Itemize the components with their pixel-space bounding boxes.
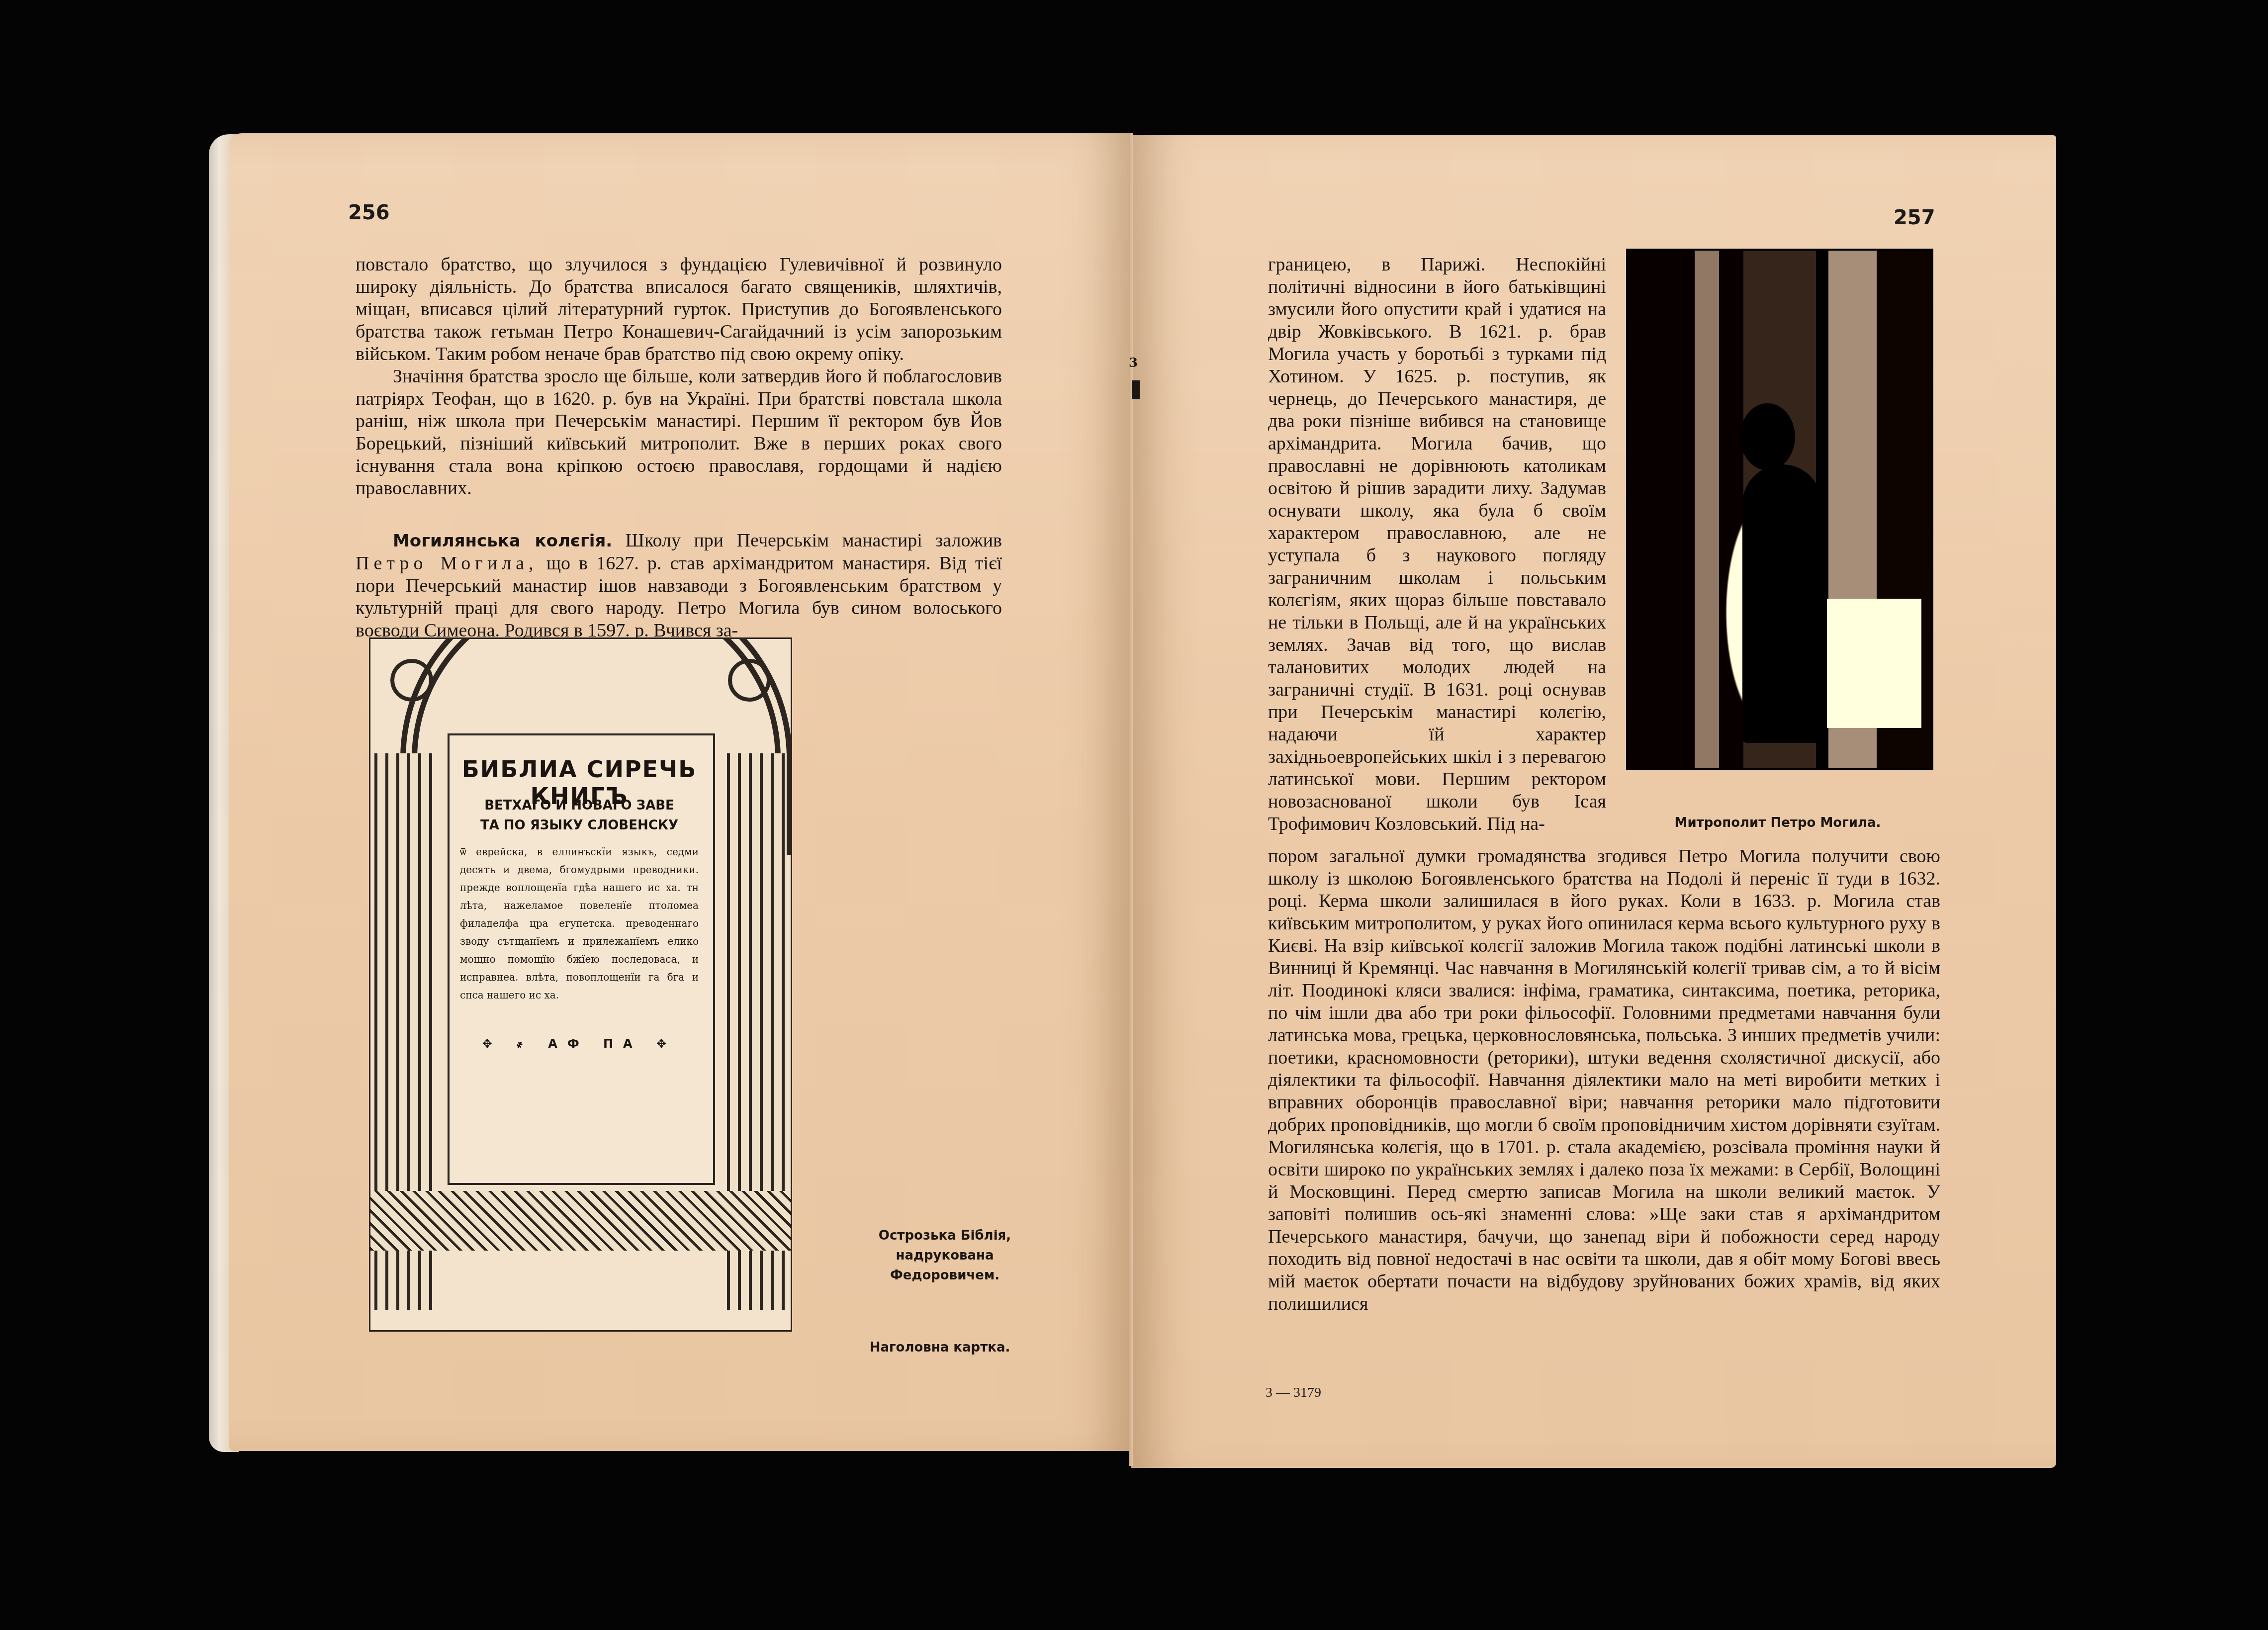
paragraph: Значіння братства зросло ще більше, коли… <box>356 365 1002 500</box>
paragraph: повстало братство, що злучилося з фундац… <box>356 254 1002 365</box>
section-text-before: Школу при Печерськім манастирі заложив <box>626 530 1002 551</box>
open-book: 256 257 повстало братство, що злучилося … <box>0 0 2268 1630</box>
caption-line: Острозька Біблія, <box>865 1226 1024 1246</box>
portrait-metropolitan-petro-mohyla <box>1626 249 1933 770</box>
portrait-table <box>1827 599 1921 728</box>
ostroh-bible-title-page-illustration: БИБЛИА СИРЕЧЬ КНИГЪ ВЕТХАГО И НОВАГО ЗАВ… <box>369 637 792 1332</box>
signature-mark: 3 <box>1129 356 1138 370</box>
subtitle-line: ВЕТХАГО И НОВАГО ЗАВЕ <box>457 796 701 815</box>
roundel-ornament <box>728 659 771 702</box>
printer-signature: 3 — 3179 <box>1266 1385 1321 1401</box>
section-mohyla-college: Могилянська колєгія. Школу при Печерські… <box>356 530 1002 642</box>
illustration-caption-secondary: Наголовна картка. <box>855 1338 1024 1358</box>
woodcut-body-text: ѿ еврейска, в еллинъскїи языкъ, седми де… <box>460 843 699 1004</box>
right-column-text: границею, в Парижі. Неспокійні політичні… <box>1268 254 1606 835</box>
right-body-text: пором загальної думки громадянства згоди… <box>1268 845 1940 1315</box>
roundel-ornament <box>390 659 433 702</box>
page-number-left: 256 <box>348 201 390 224</box>
book-gutter <box>1129 133 1133 1466</box>
page-number-right: 257 <box>1894 206 1935 229</box>
ornamental-base <box>370 1191 791 1251</box>
woodcut-year: ✥ ҂ АФ ПА ✥ <box>457 1037 701 1051</box>
portrait-figure <box>1742 464 1822 743</box>
caption-line: надрукована <box>865 1246 1024 1266</box>
portrait-caption: Митрополит Петро Могила. <box>1631 813 1924 833</box>
illustration-caption: Острозька Біблія, надрукована Федоровиче… <box>865 1226 1024 1285</box>
section-name-spaced: Петро Могила, <box>356 553 538 574</box>
collation-mark <box>1132 380 1140 399</box>
section-heading: Могилянська колєгія. <box>393 531 612 551</box>
woodcut-subtitle: ВЕТХАГО И НОВАГО ЗАВЕ ТА ПО ЯЗЫКУ СЛОВЕН… <box>457 796 701 835</box>
subtitle-line: ТА ПО ЯЗЫКУ СЛОВЕНСКУ <box>457 815 701 835</box>
caption-line: Федоровичем. <box>865 1266 1024 1285</box>
left-body-text: повстало братство, що злучилося з фундац… <box>356 254 1002 500</box>
section-paragraph: Могилянська колєгія. Школу при Печерські… <box>356 530 1002 642</box>
